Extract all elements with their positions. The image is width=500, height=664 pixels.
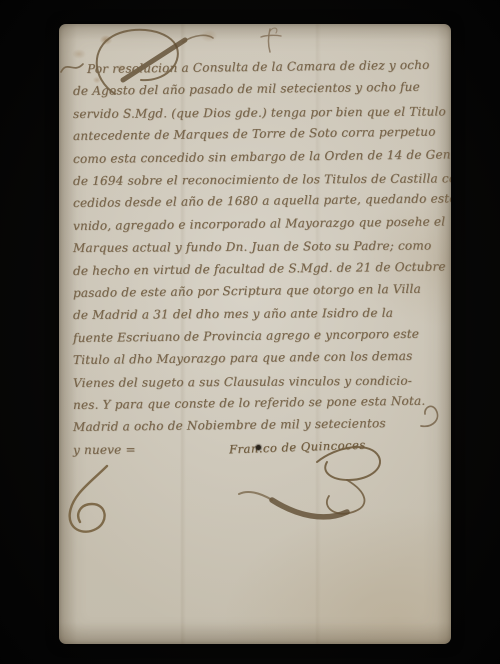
manuscript-line: y nueve = <box>73 443 136 457</box>
manuscript-line: de Agosto del año pasado de mil setecien… <box>73 80 420 98</box>
signature-rubric-icon <box>217 442 407 552</box>
manuscript-line: pasado de este año por Scriptura que oto… <box>73 282 421 300</box>
manuscript-line: Titulo al dho Mayorazgo para que ande co… <box>73 349 413 367</box>
manuscript-line: Madrid a ocho de Nobiembre de mil y sete… <box>73 416 386 434</box>
manuscript-line: nes. Y para que conste de lo referido se… <box>73 394 425 412</box>
manuscript-line: antecedente de Marques de Torre de Soto … <box>73 125 436 143</box>
manuscript-page: Por resolucion a Consulta de la Camara d… <box>59 24 451 644</box>
manuscript-line: vnido, agregado e incorporado al Mayoraz… <box>73 214 445 233</box>
manuscript-line: servido S.Mgd. (que Dios gde.) tenga por… <box>73 104 446 121</box>
manuscript-line: Vienes del sugeto a sus Clausulas vincul… <box>73 374 412 390</box>
manuscript-line: fuente Escriuano de Provincia agrego e y… <box>73 327 419 345</box>
manuscript-line: Por resolucion a Consulta de la Camara d… <box>87 58 430 76</box>
manuscript-line: de Madrid a 31 del dho mes y año ante Is… <box>73 306 393 322</box>
manuscript-line: Marques actual y fundo Dn. Juan de Soto … <box>73 238 431 255</box>
spiral-flourish-icon <box>61 460 125 544</box>
manuscript-line: como esta concedido sin embargo de la Or… <box>73 147 451 166</box>
manuscript-line: de 1694 sobre el reconocimiento de los T… <box>73 171 451 188</box>
invocation-cross-icon <box>251 24 289 56</box>
manuscript-line: de hecho en virtud de facultad de S.Mgd.… <box>73 259 446 278</box>
pen-curl-icon <box>417 404 445 432</box>
manuscript-line: cedidos desde el año de 1680 a aquella p… <box>73 191 451 210</box>
manuscript-photograph: Por resolucion a Consulta de la Camara d… <box>0 0 500 664</box>
